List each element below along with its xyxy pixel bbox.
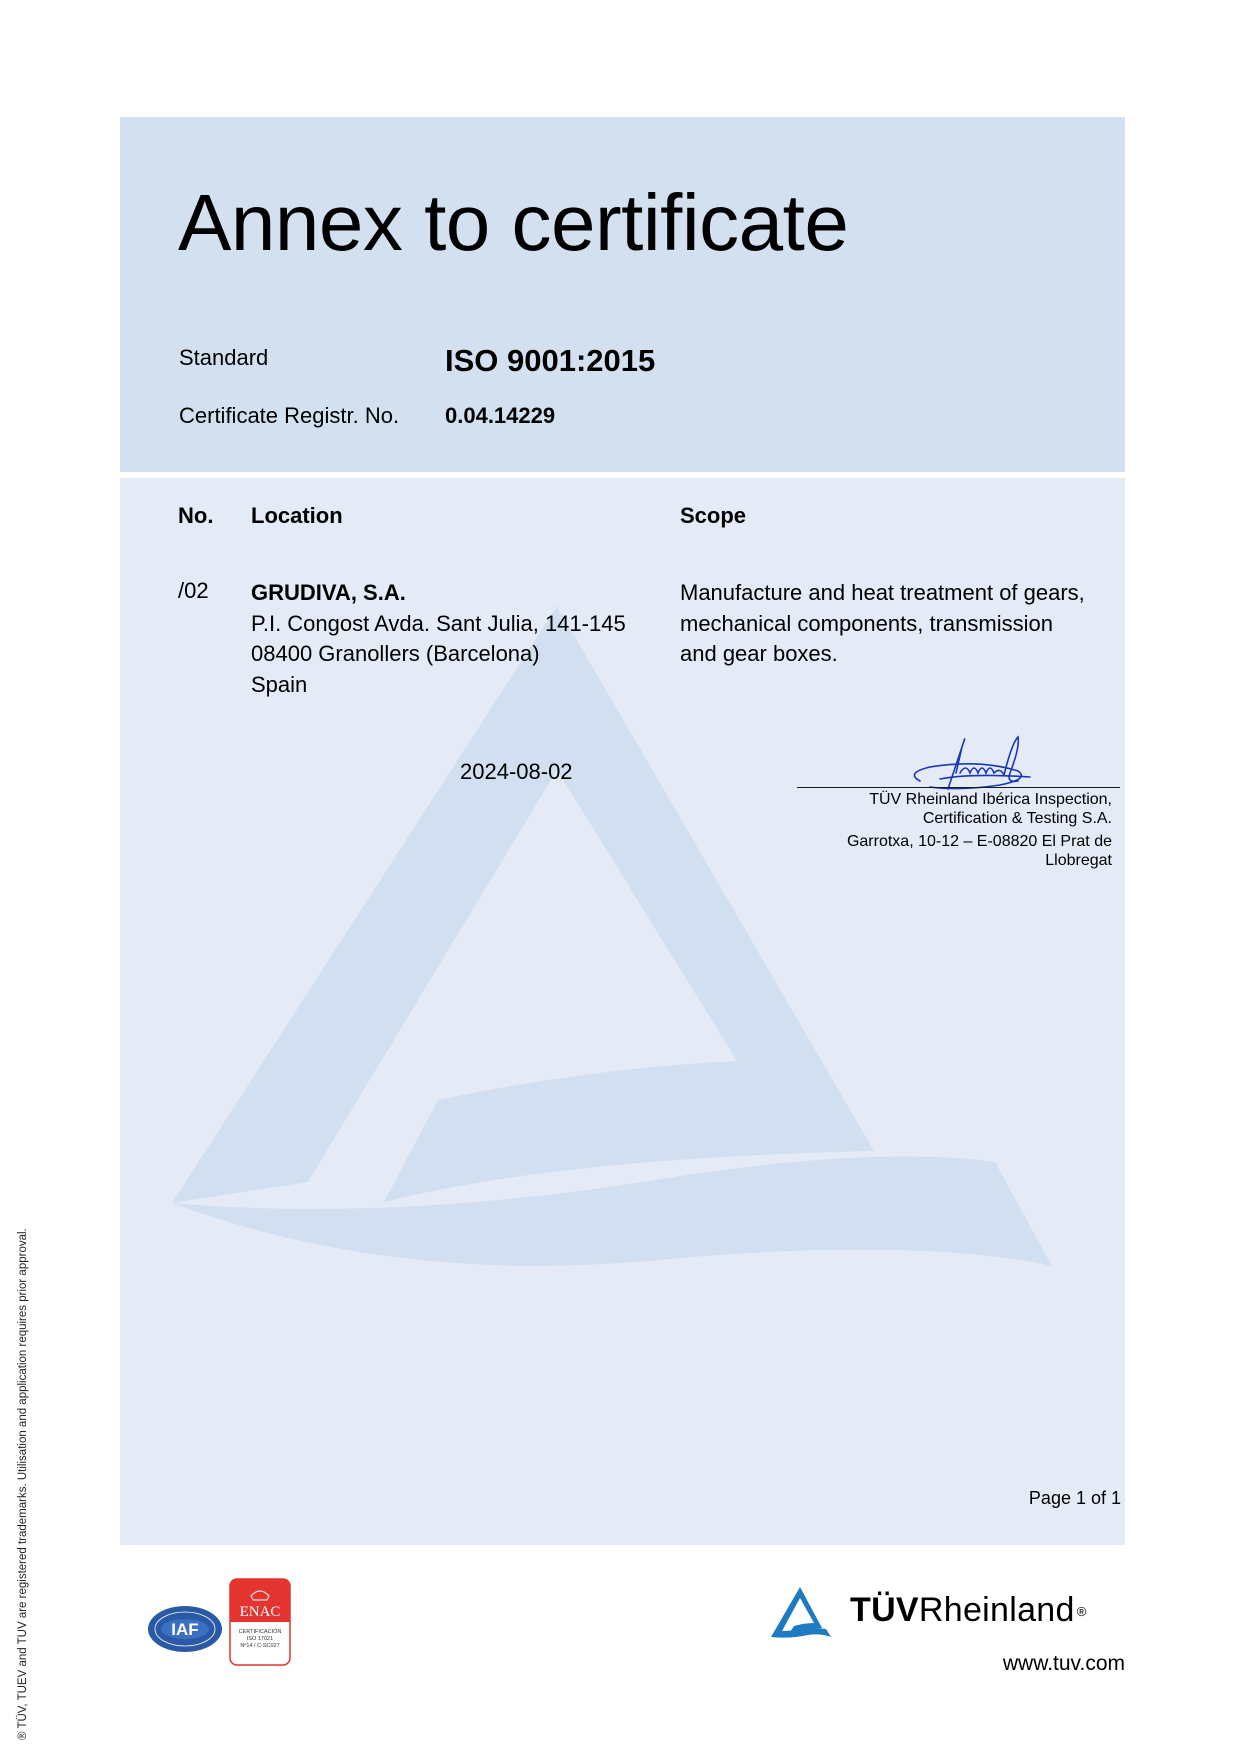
- signature-line: [797, 787, 1120, 788]
- issuer-address-line: Garrotxa, 10-12 – E-08820 El Prat de: [782, 832, 1112, 851]
- location-number: /02: [178, 578, 209, 604]
- signature-icon: [900, 733, 1040, 795]
- address-line: 08400 Granollers (Barcelona): [251, 639, 626, 670]
- scope-text: Manufacture and heat treatment of gears,…: [680, 578, 1110, 670]
- registration-number: 0.04.14229: [445, 403, 555, 429]
- scope-line: and gear boxes.: [680, 639, 1110, 670]
- svg-text:ENAC: ENAC: [240, 1604, 281, 1620]
- iaf-logo-icon: IAF: [146, 1604, 224, 1654]
- trademark-note: ® TÜV, TUEV and TUV are registered trade…: [17, 1228, 29, 1740]
- annex-body: No. Location Scope /02 GRUDIVA, S.A. P.I…: [120, 478, 1125, 1545]
- registered-mark: ®: [1077, 1604, 1087, 1619]
- enac-logo-icon: ENAC CERTIFICACIÓN ISO 17021 Nº14 / C-SC…: [229, 1578, 291, 1666]
- website-link[interactable]: www.tuv.com: [1003, 1652, 1125, 1676]
- issuer-address-line: Llobregat: [782, 851, 1112, 870]
- scope-line: Manufacture and heat treatment of gears,: [680, 578, 1110, 609]
- address-line: Spain: [251, 670, 626, 701]
- location-address: GRUDIVA, S.A. P.I. Congost Avda. Sant Ju…: [251, 578, 626, 700]
- header-block: Annex to certificate Standard ISO 9001:2…: [120, 117, 1125, 472]
- standard-value: ISO 9001:2015: [445, 343, 655, 379]
- column-header-scope: Scope: [680, 503, 746, 529]
- tuv-triangle-logo-icon: [770, 1585, 832, 1641]
- address-line: P.I. Congost Avda. Sant Julia, 141-145: [251, 609, 626, 640]
- svg-text:Nº14 / C-SC027: Nº14 / C-SC027: [240, 1642, 279, 1649]
- issuer-name-line: Certification & Testing S.A.: [782, 809, 1112, 828]
- tuv-rheinland-wordmark: TÜVRheinland®: [850, 1588, 1087, 1632]
- column-header-no: No.: [178, 503, 213, 529]
- registration-label: Certificate Registr. No.: [179, 403, 399, 429]
- scope-line: mechanical components, transmission: [680, 609, 1110, 640]
- svg-text:IAF: IAF: [171, 1620, 198, 1639]
- company-name: GRUDIVA, S.A.: [251, 578, 626, 609]
- brand-tuv: TÜV: [850, 1591, 919, 1629]
- column-header-location: Location: [251, 503, 343, 529]
- issue-date: 2024-08-02: [460, 759, 573, 785]
- svg-text:CERTIFICACIÓN: CERTIFICACIÓN: [239, 1628, 282, 1635]
- document-title: Annex to certificate: [178, 183, 848, 263]
- brand-rheinland: Rheinland: [919, 1591, 1075, 1629]
- svg-text:ISO 17021: ISO 17021: [247, 1636, 273, 1642]
- issuer-block: TÜV Rheinland Ibérica Inspection, Certif…: [782, 790, 1112, 870]
- page-number: Page 1 of 1: [1029, 1488, 1121, 1509]
- issuer-name-line: TÜV Rheinland Ibérica Inspection,: [782, 790, 1112, 809]
- standard-label: Standard: [179, 345, 268, 371]
